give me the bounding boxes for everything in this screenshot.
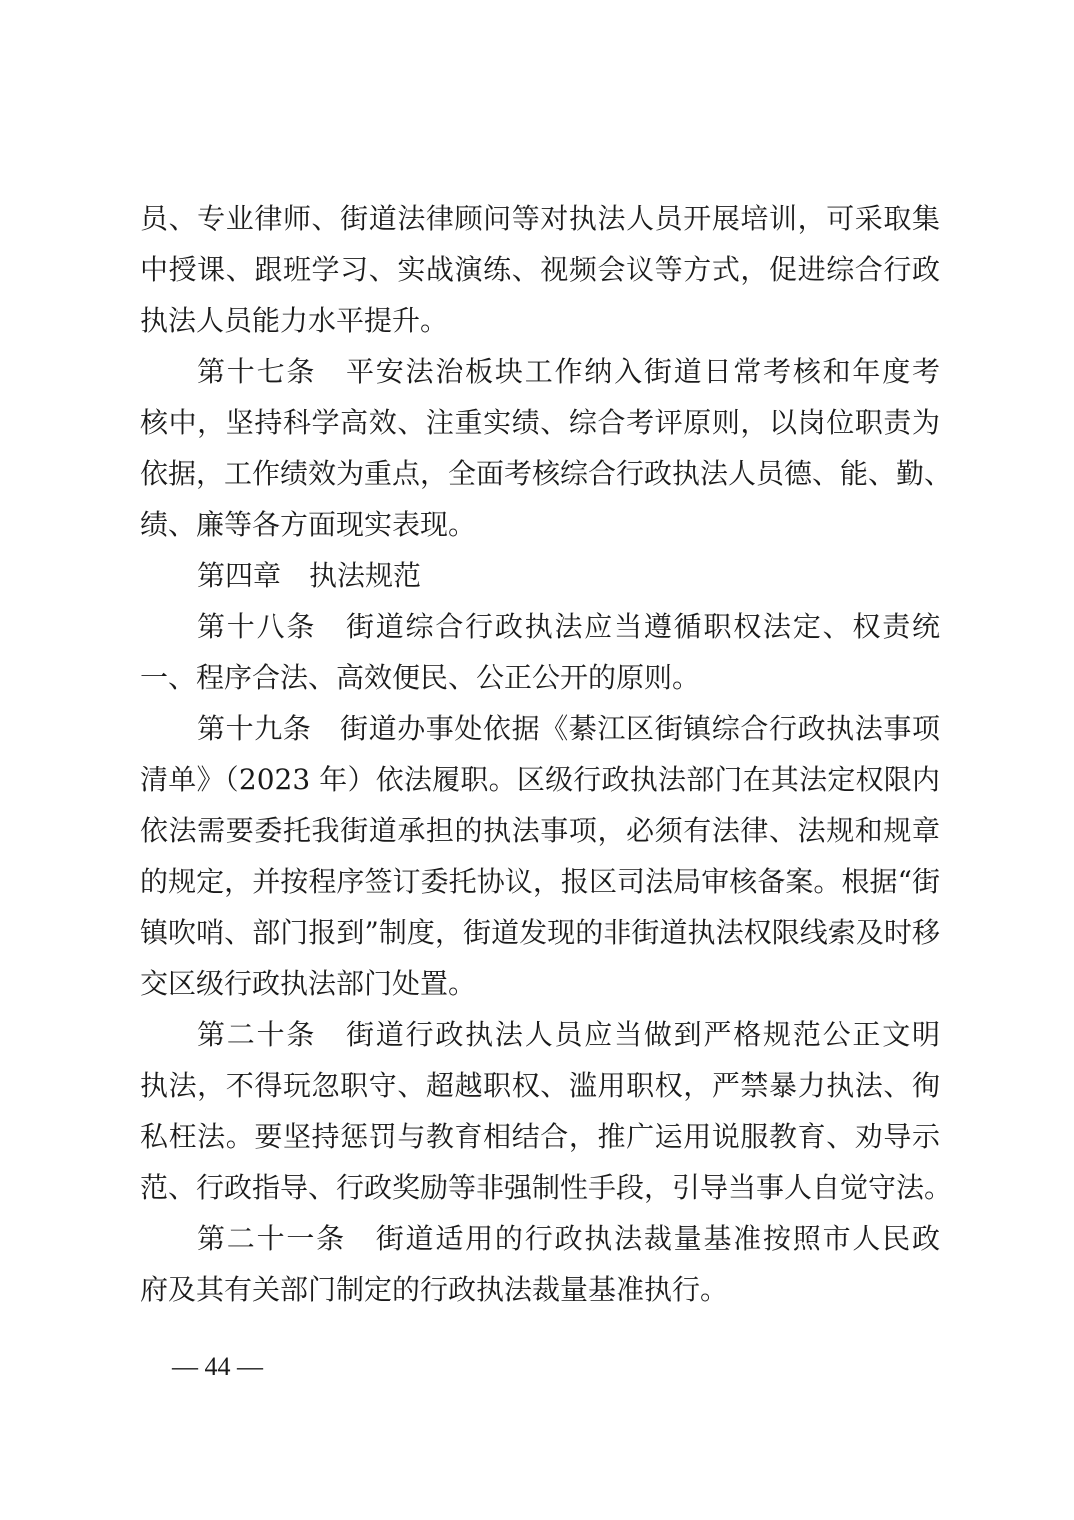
article-18-first-line: 第十八条街道综合行政执法应当遵循职权法定、权责统 — [140, 601, 940, 652]
chapter-heading: 第四章执法规范 — [140, 550, 940, 601]
text-line: 绩、廉等各方面现实表现。 — [140, 499, 940, 550]
text-line: 执法人员能力水平提升。 — [140, 295, 940, 346]
text-line: 执法，不得玩忽职守、超越职权、滥用职权，严禁暴力执法、徇 — [140, 1060, 940, 1111]
article-20-first-line: 第二十条街道行政执法人员应当做到严格规范公正文明 — [140, 1009, 940, 1060]
article-21-first-line: 第二十一条街道适用的行政执法裁量基准按照市人民政 — [140, 1213, 940, 1264]
article-19-first-line: 第十九条街道办事处依据《綦江区街镇综合行政执法事项 — [140, 703, 940, 754]
text-line: 交区级行政执法部门处置。 — [140, 958, 940, 1009]
text-line: 核中，坚持科学高效、注重实绩、综合考评原则，以岗位职责为 — [140, 397, 940, 448]
chapter-title: 执法规范 — [309, 559, 421, 592]
text-line: 私枉法。要坚持惩罚与教育相结合，推广运用说服教育、劝导示 — [140, 1111, 940, 1162]
text-line: 镇吹哨、部门报到”制度，街道发现的非街道执法权限线索及时移 — [140, 907, 940, 958]
text-line: 府及其有关部门制定的行政执法裁量基准执行。 — [140, 1264, 940, 1315]
document-page: 员、专业律师、街道法律顾问等对执法人员开展培训，可采取集 中授课、跟班学习、实战… — [0, 0, 1074, 1520]
text-line: 一、程序合法、高效便民、公正公开的原则。 — [140, 652, 940, 703]
article-text: 街道适用的行政执法裁量基准按照市人民政 — [374, 1222, 940, 1255]
text-line: 依据，工作绩效为重点，全面考核综合行政执法人员德、能、勤、 — [140, 448, 940, 499]
article-17-first-line: 第十七条平安法治板块工作纳入街道日常考核和年度考 — [140, 346, 940, 397]
chapter-number: 第四章 — [197, 559, 281, 592]
page-number: — 44 — — [172, 1352, 263, 1382]
article-heading: 第二十条 — [197, 1018, 316, 1051]
article-text: 街道行政执法人员应当做到严格规范公正文明 — [344, 1018, 940, 1051]
article-text: 街道办事处依据《綦江区街镇综合行政执法事项 — [339, 712, 940, 745]
article-heading: 第十八条 — [197, 610, 316, 643]
text-line: 依法需要委托我街道承担的执法事项，必须有法律、法规和规章 — [140, 805, 940, 856]
text-line: 清单》（2023 年）依法履职。区级行政执法部门在其法定权限内 — [140, 754, 940, 805]
text-line: 员、专业律师、街道法律顾问等对执法人员开展培训，可采取集 — [140, 193, 940, 244]
article-text: 平安法治板块工作纳入街道日常考核和年度考 — [344, 355, 940, 388]
text-line: 中授课、跟班学习、实战演练、视频会议等方式，促进综合行政 — [140, 244, 940, 295]
article-text: 街道综合行政执法应当遵循职权法定、权责统 — [344, 610, 940, 643]
text-line: 范、行政指导、行政奖励等非强制性手段，引导当事人自觉守法。 — [140, 1162, 940, 1213]
article-heading: 第十九条 — [197, 712, 311, 745]
article-heading: 第十七条 — [197, 355, 316, 388]
document-body: 员、专业律师、街道法律顾问等对执法人员开展培训，可采取集 中授课、跟班学习、实战… — [140, 193, 940, 1315]
text-line: 的规定，并按程序签订委托协议，报区司法局审核备案。根据“街 — [140, 856, 940, 907]
article-heading: 第二十一条 — [197, 1222, 346, 1255]
